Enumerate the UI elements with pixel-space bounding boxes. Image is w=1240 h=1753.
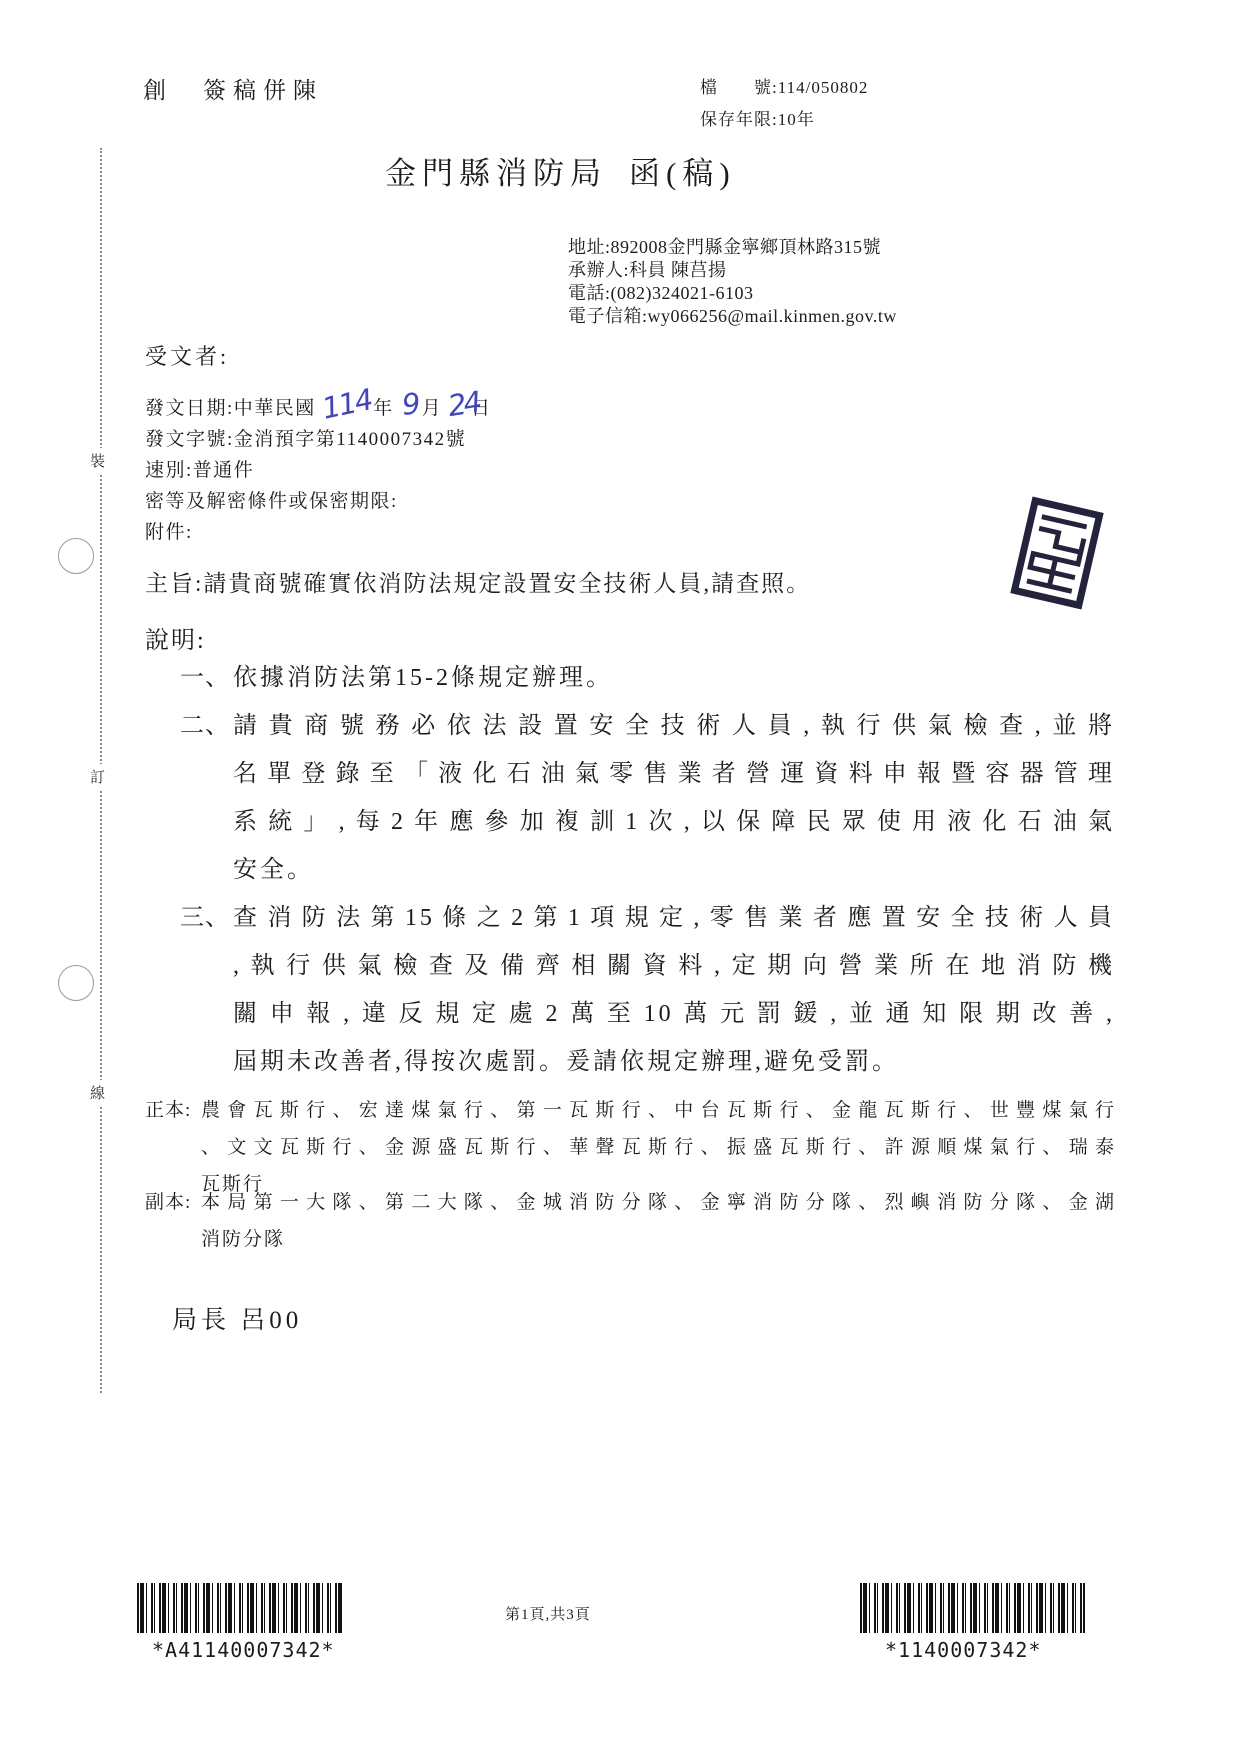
recipient-line: 受文者: <box>145 340 229 371</box>
issue-date-prefix: 發文日期:中華民國 <box>145 398 316 419</box>
copy-list: 本局第一大隊、第二大隊、金城消防分隊、金寧消防分隊、烈嶼消防分隊、金湖 消防分隊 <box>201 1184 1116 1258</box>
item-number: 一、 <box>180 654 233 702</box>
file-number-block: 檔 號:114/050802 保存年限:10年 <box>700 72 868 136</box>
year-unit: 年 <box>373 398 394 419</box>
explanation-items: 一、 依據消防法第15-2條規定辦理。 二、 請貴商號務必依法設置安全技術人員,… <box>180 654 1115 1086</box>
item-line: 屆期未改善者,得按次處罰。爰請依規定辦理,避免受罰。 <box>233 1038 1115 1086</box>
barcode-left <box>137 1583 342 1633</box>
item-number: 二、 <box>180 702 233 894</box>
document-title: 金門縣消防局函(稿) <box>385 148 736 193</box>
email-line: 電子信箱:wy066256@mail.kinmen.gov.tw <box>568 305 897 328</box>
item-line: 名單登錄至「液化石油氣零售業者營運資料申報暨容器管理 <box>233 750 1115 798</box>
attachment-line: 附件: <box>145 517 492 548</box>
copy-line: 消防分隊 <box>201 1221 1116 1258</box>
binding-mark-xian: 線 <box>90 1080 105 1105</box>
subject-line: 主旨:請貴商號確實依消防法規定設置安全技術人員,請查照。 <box>145 568 1075 600</box>
handwritten-day: 24 <box>448 402 479 407</box>
security-line: 密等及解密條件或保密期限: <box>145 486 492 517</box>
signature-line: 局長 呂00 <box>172 1300 302 1336</box>
document-type: 函(稿) <box>629 156 736 191</box>
copy-label: 副本: <box>145 1184 201 1258</box>
item-number: 三、 <box>180 894 233 1086</box>
copy-line: 本局第一大隊、第二大隊、金城消防分隊、金寧消防分隊、烈嶼消防分隊、金湖 <box>201 1184 1116 1221</box>
explanation-label: 說明: <box>145 620 206 655</box>
punch-hole-top <box>58 538 94 574</box>
original-line: 農會瓦斯行、宏達煤氣行、第一瓦斯行、中台瓦斯行、金龍瓦斯行、世豐煤氣行 <box>201 1092 1116 1129</box>
explanation-item-3: 三、 查消防法第15條之2第1項規定,零售業者應置安全技術人員 ,執行供氣檢查及… <box>180 894 1115 1086</box>
item-text: 請貴商號務必依法設置安全技術人員,執行供氣檢查,並將 名單登錄至「液化石油氣零售… <box>233 702 1115 894</box>
original-line: 、文文瓦斯行、金源盛瓦斯行、華聲瓦斯行、振盛瓦斯行、許源順煤氣行、瑞泰 <box>201 1129 1116 1166</box>
explanation-item-1: 一、 依據消防法第15-2條規定辦理。 <box>180 654 1115 702</box>
address-line: 地址:892008金門縣金寧鄉頂林路315號 <box>568 236 897 259</box>
copy-recipients-block: 副本: 本局第一大隊、第二大隊、金城消防分隊、金寧消防分隊、烈嶼消防分隊、金湖 … <box>145 1184 1116 1258</box>
explanation-item-2: 二、 請貴商號務必依法設置安全技術人員,執行供氣檢查,並將 名單登錄至「液化石油… <box>180 702 1115 894</box>
file-number-line: 檔 號:114/050802 <box>700 72 868 104</box>
barcode-right <box>860 1583 1085 1633</box>
barcode-right-label: *1140007342* <box>885 1638 1042 1662</box>
contact-block: 地址:892008金門縣金寧鄉頂林路315號 承辦人:科員 陳莒揚 電話:(08… <box>568 236 897 328</box>
handwritten-year: 114 <box>322 399 370 409</box>
issue-date-line: 發文日期:中華民國114年9月24日 <box>145 393 492 424</box>
barcode-left-label: *A41140007342* <box>152 1638 335 1662</box>
item-line: ,執行供氣檢查及備齊相關資料,定期向營業所在地消防機 <box>233 942 1115 990</box>
doc-number-line: 發文字號:金消預字第1140007342號 <box>145 424 492 455</box>
handwritten-month: 9 <box>402 403 422 405</box>
draft-annotation-label: 創 簽稿併陳 <box>143 72 323 105</box>
item-text: 依據消防法第15-2條規定辦理。 <box>233 654 1115 702</box>
month-unit: 月 <box>422 398 443 419</box>
speed-line: 速別:普通件 <box>145 455 492 486</box>
item-line: 安全。 <box>233 846 1115 894</box>
punch-hole-bottom <box>58 965 94 1001</box>
item-line: 查消防法第15條之2第1項規定,零售業者應置安全技術人員 <box>233 894 1115 942</box>
item-line: 關申報,違反規定處2萬至10萬元罰鍰,並通知限期改善, <box>233 990 1115 1038</box>
item-text: 查消防法第15條之2第1項規定,零售業者應置安全技術人員 ,執行供氣檢查及備齊相… <box>233 894 1115 1086</box>
page-number-info: 第1頁,共3頁 <box>505 1603 591 1624</box>
retention-period-line: 保存年限:10年 <box>700 104 868 136</box>
binding-mark-ding: 訂 <box>90 764 105 789</box>
contact-person-line: 承辦人:科員 陳莒揚 <box>568 259 897 282</box>
item-line: 依據消防法第15-2條規定辦理。 <box>233 654 1115 702</box>
official-letter-page: 裝 訂 線 創 簽稿併陳 檔 號:114/050802 保存年限:10年 金門縣… <box>0 0 1240 1753</box>
meta-block: 發文日期:中華民國114年9月24日 發文字號:金消預字第1140007342號… <box>145 393 492 548</box>
phone-line: 電話:(082)324021-6103 <box>568 282 897 305</box>
item-line: 請貴商號務必依法設置安全技術人員,執行供氣檢查,並將 <box>233 702 1115 750</box>
binding-mark-zhuang: 裝 <box>90 448 105 473</box>
agency-name: 金門縣消防局 <box>385 156 607 191</box>
item-line: 系統」,每2年應參加複訓1次,以保障民眾使用液化石油氣 <box>233 798 1115 846</box>
